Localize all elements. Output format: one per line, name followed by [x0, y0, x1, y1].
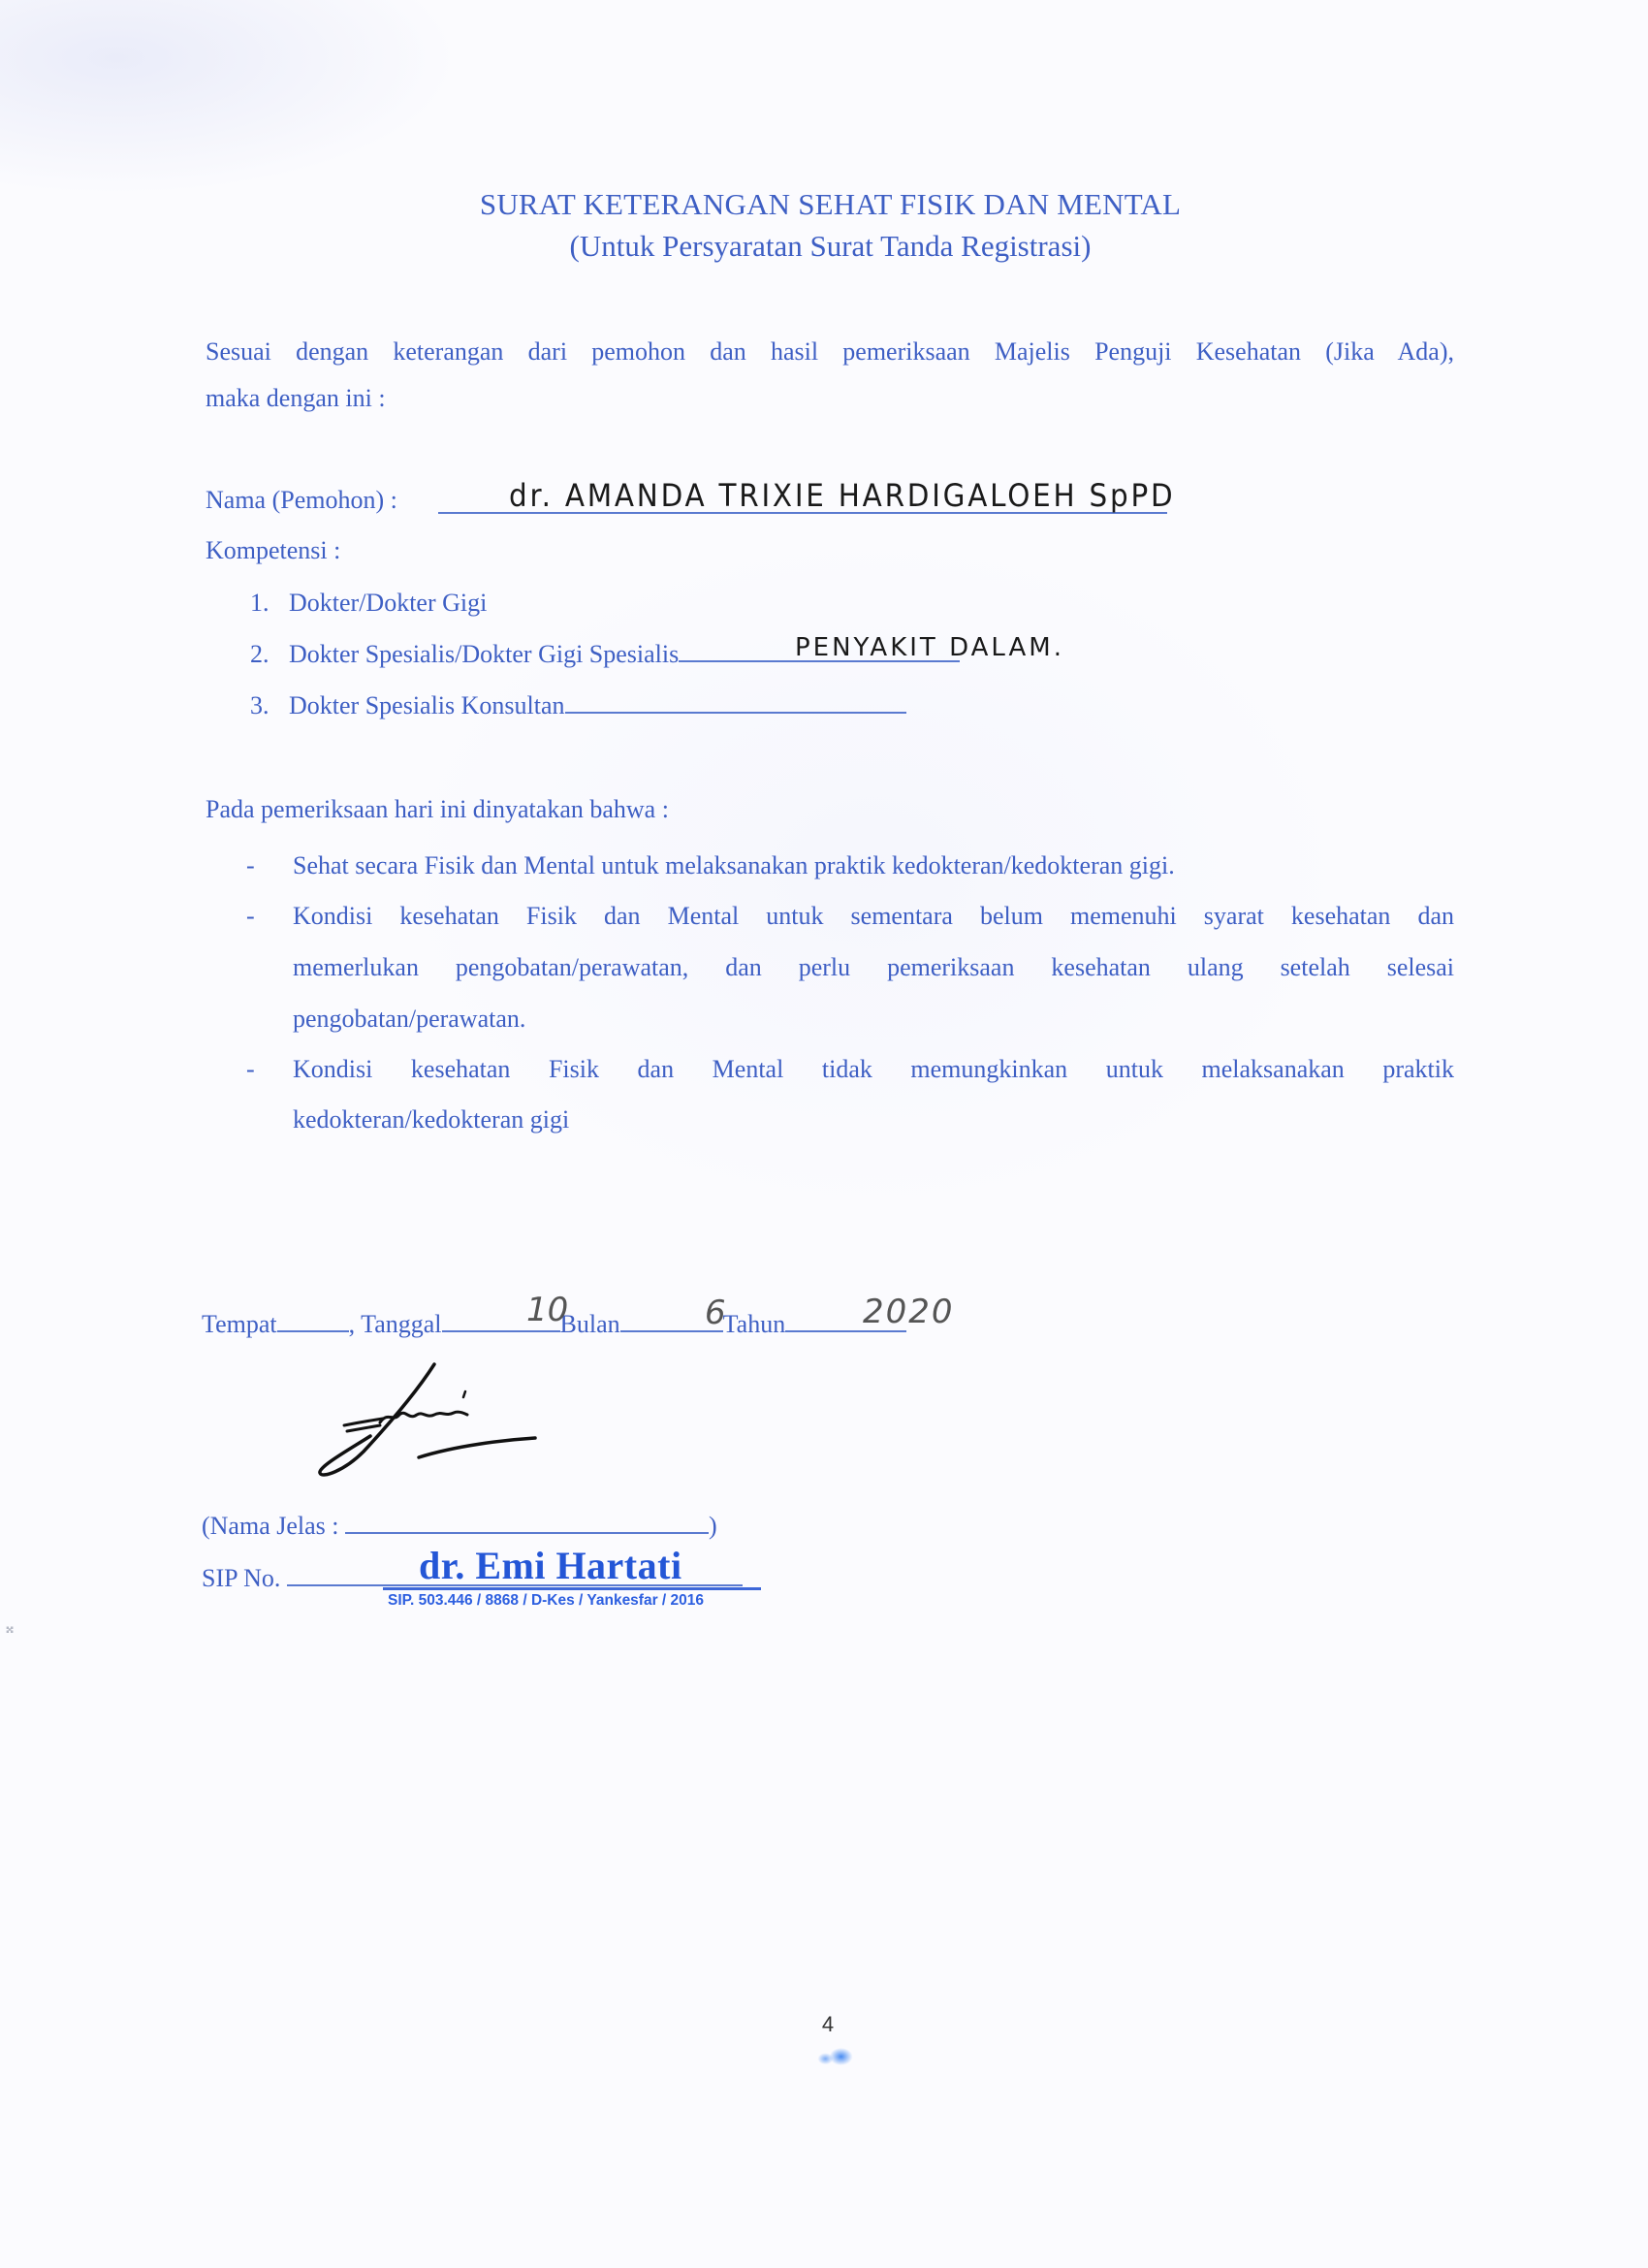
signature-icon [310, 1353, 543, 1488]
option-3-line-2: kedokteran/kedokteran gigi [293, 1105, 569, 1134]
intro-text-1: Sesuai dengan keterangan dari pemohon da… [206, 337, 1454, 367]
consultant-field[interactable] [565, 690, 906, 714]
specialist-value: PENYAKIT DALAM. [795, 633, 1064, 662]
month-label: Bulan [560, 1310, 620, 1338]
stamp-sip-number: SIP. 503.446 / 8868 / D-Kes / Yankesfar … [388, 1592, 704, 1610]
scan-mark: 𝄪 [6, 1617, 23, 1637]
day-label: , Tanggal [349, 1310, 442, 1338]
place-label: Tempat [202, 1310, 277, 1338]
bullet-dash: - [246, 902, 255, 931]
option-3-line-1: Kondisi kesehatan Fisik dan Mental tidak… [293, 1055, 1454, 1084]
clear-name-close: ) [709, 1512, 717, 1540]
intro-paragraph-line-1: Sesuai dengan keterangan dari pemohon da… [206, 337, 1454, 367]
applicant-label: Nama (Pemohon) : [206, 486, 397, 515]
stamp-doctor-name: dr. Emi Hartati [419, 1543, 682, 1588]
stamp-divider [383, 1587, 761, 1590]
competence-item-number: 1. [250, 589, 289, 618]
applicant-name-value: dr. AMANDA TRIXIE HARDIGALOEH SpPD [509, 477, 1175, 514]
bullet-dash: - [246, 1055, 255, 1084]
clear-name-line: (Nama Jelas : ) [202, 1511, 717, 1541]
option-1-line-1: Sehat secara Fisik dan Mental untuk mela… [293, 851, 1175, 880]
month-value: 6 [705, 1294, 726, 1332]
document-title: SURAT KETERANGAN SEHAT FISIK DAN MENTAL [0, 187, 1648, 222]
examination-label: Pada pemeriksaan hari ini dinyatakan bah… [206, 795, 669, 824]
option-2-line-1: Kondisi kesehatan Fisik dan Mental untuk… [293, 902, 1454, 931]
ink-smudge [814, 2046, 859, 2067]
intro-paragraph-line-2: maka dengan ini : [206, 384, 386, 413]
year-label: Tahun [723, 1310, 786, 1338]
sip-label: SIP No. [202, 1564, 280, 1592]
option-2-text-1: Kondisi kesehatan Fisik dan Mental untuk… [293, 902, 1454, 931]
year-value: 2020 [863, 1293, 955, 1331]
clear-name-field[interactable] [345, 1511, 709, 1534]
option-2-text-2: memerlukan pengobatan/perawatan, dan per… [293, 953, 1454, 982]
competence-label: Kompetensi : [206, 536, 340, 565]
page-number: 4 [0, 2012, 1648, 2037]
competence-item-number: 3. [250, 691, 289, 720]
competence-item-label: Dokter Spesialis Konsultan [289, 691, 565, 719]
bullet-dash: - [246, 851, 255, 880]
competence-item-1[interactable]: 1.Dokter/Dokter Gigi [250, 589, 487, 618]
clear-name-label: (Nama Jelas : [202, 1512, 339, 1540]
option-2-line-3: pengobatan/perawatan. [293, 1005, 525, 1034]
day-value: 10 [526, 1291, 568, 1329]
option-2-line-2: memerlukan pengobatan/perawatan, dan per… [293, 953, 1454, 982]
place-field[interactable] [277, 1309, 349, 1332]
competence-item-number: 2. [250, 640, 289, 669]
competence-item-label: Dokter/Dokter Gigi [289, 589, 487, 617]
competence-item-3[interactable]: 3.Dokter Spesialis Konsultan [250, 690, 906, 720]
option-3-text-1: Kondisi kesehatan Fisik dan Mental tidak… [293, 1055, 1454, 1084]
document-subtitle: (Untuk Persyaratan Surat Tanda Registras… [0, 229, 1648, 264]
competence-item-label: Dokter Spesialis/Dokter Gigi Spesialis [289, 640, 679, 668]
